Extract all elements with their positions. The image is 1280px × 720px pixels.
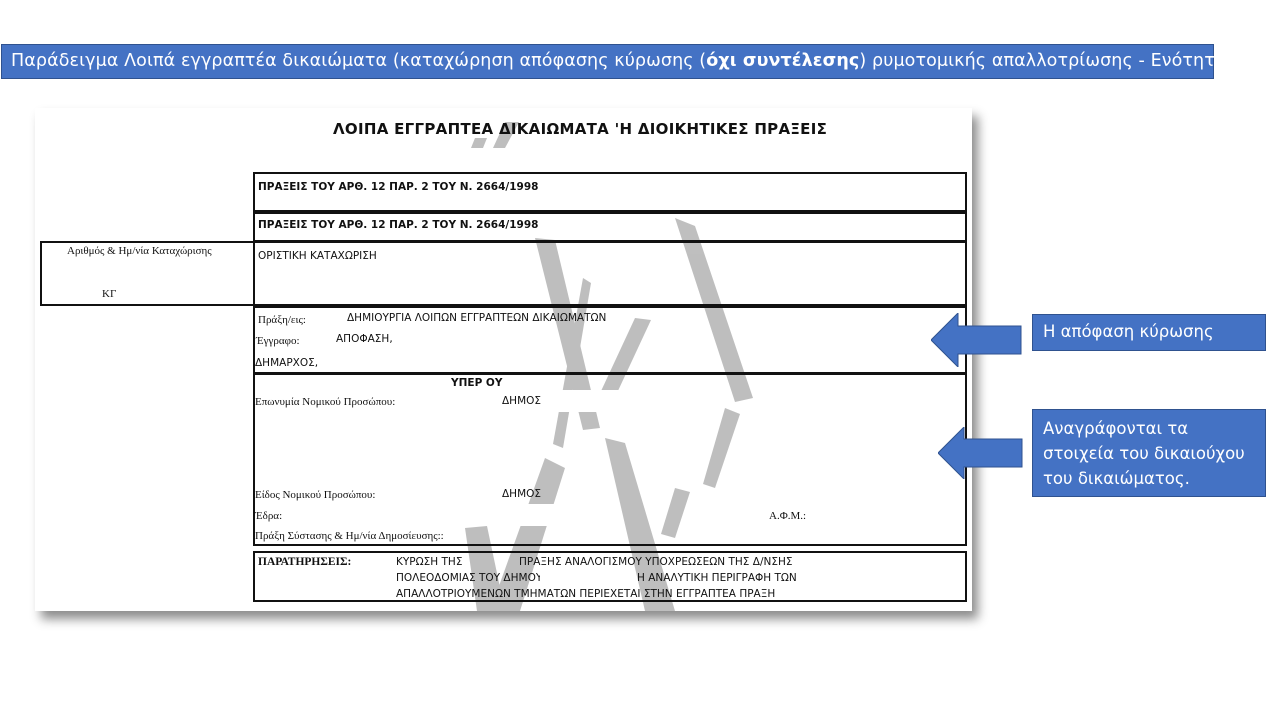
remarks-line-2b: Η ΑΝΑΛΥΤΙΚΗ ΠΕΡΙΓΡΑΦΗ ΤΩΝ — [637, 572, 797, 584]
acts-section: Πράξη/εις: ΔΗΜΙΟΥΡΓΙΑ ΛΟΙΠΩΝ ΕΓΓΡΑΠΤΕΩΝ … — [253, 306, 967, 374]
banner-text-before: Παράδειγμα Λοιπά εγγραπτέα δικαιώματα (κ… — [11, 51, 706, 71]
beneficiary-heading: ΥΠΕΡ ΟΥ — [451, 377, 502, 389]
registration-code: ΚΓ — [102, 288, 116, 300]
registration-status: ΟΡΙΣΤΙΚΗ ΚΑΤΑΧΩΡΙΣΗ — [258, 250, 377, 262]
entity-name-label: Επωνυμία Νομικού Προσώπου: — [255, 396, 395, 408]
document-title: ΛΟΙΠΑ ΕΓΓΡΑΠΤΕΑ ΔΙΚΑΙΩΜΑΤΑ 'Η ΔΙΟΙΚΗΤΙΚΕ… — [333, 120, 827, 138]
registration-number-cell: Αριθμός & Ημ/νία Καταχώρισης ΚΓ — [40, 241, 255, 306]
banner-text-bold: όχι συντέλεσης — [706, 51, 859, 71]
header-row-1: ΠΡΑΞΕΙΣ ΤΟΥ ΑΡΘ. 12 ΠΑΡ. 2 ΤΟΥ Ν. 2664/1… — [253, 172, 967, 212]
remarks-label: ΠΑΡΑΤΗΡΗΣΕΙΣ: — [258, 556, 351, 568]
act-label: Πράξη/εις: — [258, 314, 306, 326]
document-type-label: Έγγραφο: — [256, 335, 300, 347]
callout-1-text: Η απόφαση κύρωσης — [1043, 322, 1214, 341]
entity-name-value: ΔΗΜΟΣ — [502, 395, 541, 407]
arrow-left-icon — [938, 427, 1024, 479]
remarks-line-2a: ΠΟΛΕΟΔΟΜΙΑΣ ΤΟΥ ΔΗΜΟΥ — [396, 572, 542, 584]
banner-text-after: ) ρυμοτομικής απαλλοτρίωσης - Ενότητα Γ) — [859, 51, 1249, 71]
remarks-line-1b: ΠΡΑΞΗΣ ΑΝΑΛΟΓΙΣΜΟΥ ΥΠΟΧΡΕΩΣΕΩΝ ΤΗΣ Δ/ΝΣΗ… — [519, 556, 793, 568]
seat-label: Έδρα: — [255, 510, 282, 522]
callout-beneficiary-details: Αναγράφονται τα στοιχεία του δικαιούχου … — [1032, 409, 1266, 497]
redaction-patch — [478, 504, 576, 526]
tax-id-label: Α.Φ.Μ.: — [769, 510, 806, 522]
remarks-line-3: ΑΠΑΛΛΟΤΡΙΟΥΜΕΝΩΝ ΤΜΗΜΑΤΩΝ ΠΕΡΙΕΧΕΤΑΙ ΣΤΗ… — [396, 588, 775, 600]
issuer-value: ΔΗΜΑΡΧΟΣ, — [255, 357, 318, 369]
slide-title-banner: Παράδειγμα Λοιπά εγγραπτέα δικαιώματα (κ… — [1, 44, 1214, 79]
redaction-patch — [543, 390, 623, 412]
registration-status-cell: ΟΡΙΣΤΙΚΗ ΚΑΤΑΧΩΡΙΣΗ — [253, 241, 967, 306]
header-row-2-text: ΠΡΑΞΕΙΣ ΤΟΥ ΑΡΘ. 12 ΠΑΡ. 2 ΤΟΥ Ν. 2664/1… — [258, 219, 538, 231]
header-row-1-text: ΠΡΑΞΕΙΣ ΤΟΥ ΑΡΘ. 12 ΠΑΡ. 2 ΤΟΥ Ν. 2664/1… — [258, 181, 538, 193]
callout-2-text: Αναγράφονται τα στοιχεία του δικαιούχου … — [1043, 419, 1245, 488]
header-row-2: ΠΡΑΞΕΙΣ ΤΟΥ ΑΡΘ. 12 ΠΑΡ. 2 ΤΟΥ Ν. 2664/1… — [253, 212, 967, 242]
entity-type-value: ΔΗΜΟΣ — [502, 488, 541, 500]
founding-act-label: Πράξη Σύστασης & Ημ/νία Δημοσίευσης:: — [255, 530, 444, 542]
callout-approval-decision: Η απόφαση κύρωσης — [1032, 314, 1266, 351]
entity-type-label: Είδος Νομικού Προσώπου: — [255, 489, 375, 501]
arrow-left-icon — [931, 313, 1023, 367]
act-value: ΔΗΜΙΟΥΡΓΙΑ ΛΟΙΠΩΝ ΕΓΓΡΑΠΤΕΩΝ ΔΙΚΑΙΩΜΑΤΩΝ — [347, 312, 606, 324]
registry-document: ΛΟΙΠΑ ΕΓΓΡΑΠΤΕΑ ΔΙΚΑΙΩΜΑΤΑ 'Η ΔΙΟΙΚΗΤΙΚΕ… — [35, 108, 972, 611]
redaction-patch — [540, 570, 632, 586]
document-type-value: ΑΠΟΦΑΣΗ, — [336, 333, 393, 345]
registration-label: Αριθμός & Ημ/νία Καταχώρισης — [67, 245, 212, 257]
remarks-line-1a: ΚΥΡΩΣΗ ΤΗΣ — [396, 556, 462, 568]
